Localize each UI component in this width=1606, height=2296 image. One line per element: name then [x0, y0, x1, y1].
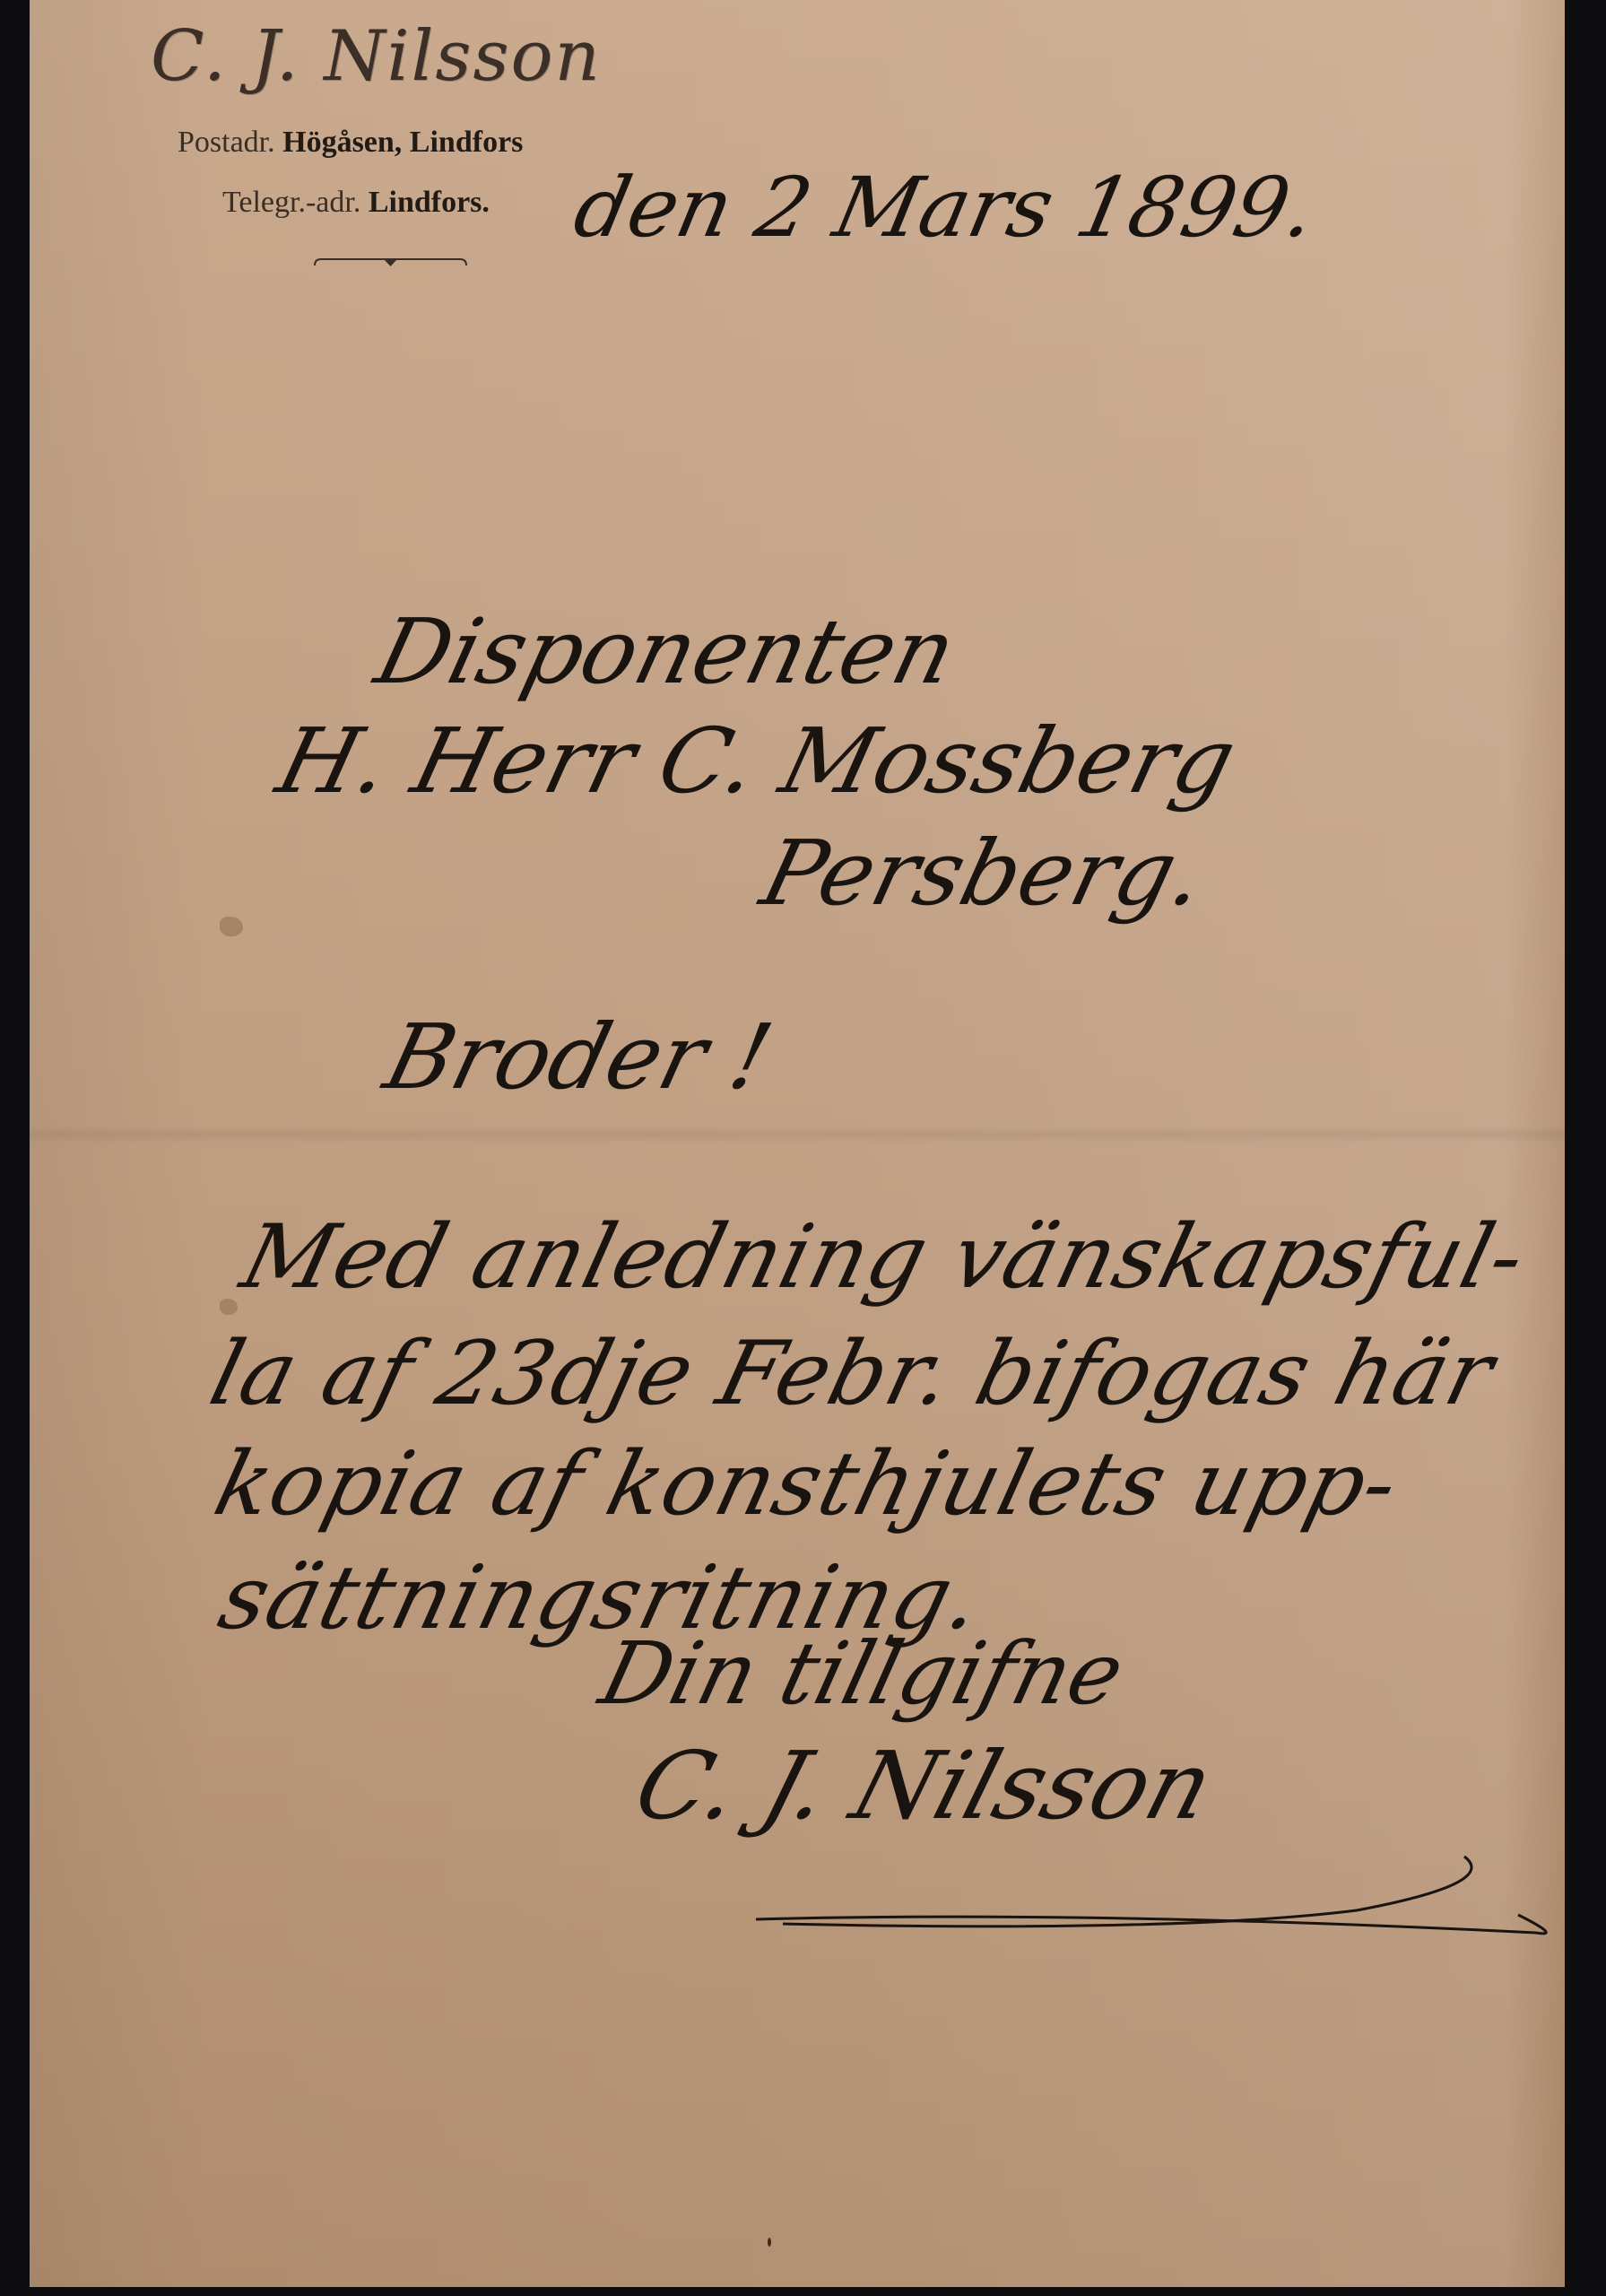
recipient-place: Persberg.	[751, 821, 1215, 926]
postal-label: Postadr.	[178, 126, 275, 159]
telegraph-label: Telegr.-adr.	[222, 186, 360, 219]
signature-flourish-icon	[729, 1848, 1572, 1946]
body-line: la af 23dje Febr. bifogas här	[201, 1323, 1504, 1425]
body-line: kopia af konsthjulets upp-	[205, 1433, 1409, 1535]
signature: C. J. Nilsson	[624, 1731, 1226, 1840]
letter-date: den 2 Mars 1899.	[567, 160, 1324, 256]
letter-paper: C. J. Nilsson Postadr. Högåsen, Lindfors…	[30, 0, 1565, 2287]
recipient-title: Disponenten	[366, 599, 966, 704]
closing: Din tillgifne	[591, 1623, 1133, 1724]
telegraph-value: Lindfors.	[369, 186, 490, 219]
postal-value: Högåsen, Lindfors	[282, 126, 523, 159]
stain-mark	[220, 917, 243, 936]
fold-crease	[30, 1126, 1565, 1144]
postal-address: Postadr. Högåsen, Lindfors	[178, 126, 523, 160]
telegraph-address: Telegr.-adr. Lindfors.	[222, 186, 490, 220]
recipient-name: H. Herr C. Mossberg	[267, 709, 1245, 813]
ornament-divider-icon	[312, 257, 469, 269]
ink-speck	[768, 2238, 771, 2247]
greeting: Broder !	[375, 1004, 782, 1109]
body-line: Med anledning vänskapsful-	[232, 1206, 1536, 1309]
letterhead-name: C. J. Nilsson	[151, 16, 602, 97]
